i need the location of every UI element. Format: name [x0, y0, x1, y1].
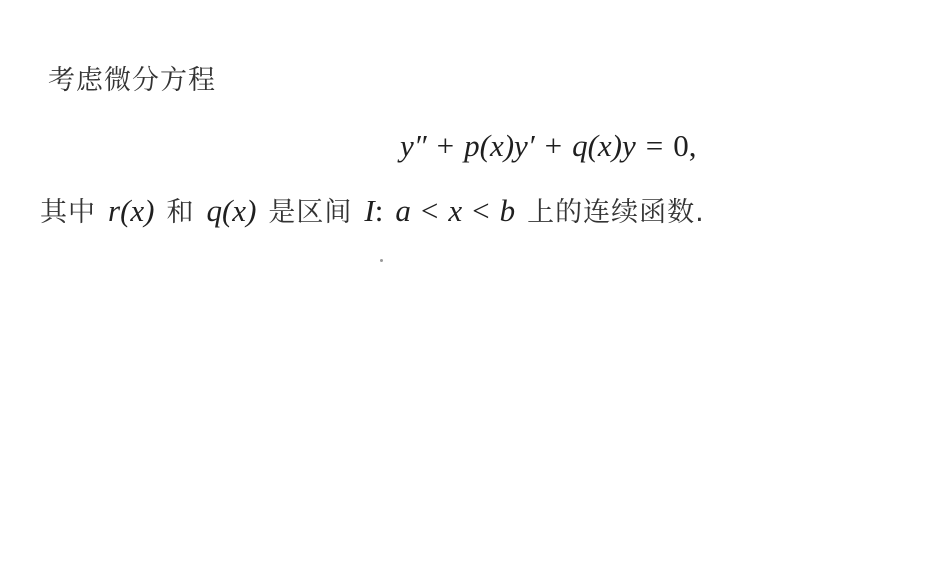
equation-term-y-double-prime: y″ — [400, 128, 427, 163]
function-r: r(x) — [108, 193, 154, 228]
equation-equals: = — [636, 128, 673, 163]
interval-x: x — [448, 193, 462, 228]
equation-plus-2: + — [535, 128, 572, 163]
differential-equation: y″+p(x)y′+q(x)y=0, — [400, 128, 697, 164]
less-than-2: < — [462, 193, 499, 228]
intro-text: 考虑微分方程 — [48, 58, 216, 97]
condition-conj: 和 — [166, 197, 194, 228]
interval-b: b — [500, 193, 516, 228]
equation-term-p-y-prime: p(x)y′ — [464, 128, 534, 163]
interval-a: a — [395, 193, 411, 228]
function-q: q(x) — [206, 193, 256, 228]
stray-dot — [380, 259, 383, 262]
interval-colon: : — [375, 193, 384, 228]
condition-lead: 其中 — [40, 197, 96, 228]
equation-plus-1: + — [427, 128, 464, 163]
condition-mid: 是区间 — [268, 197, 352, 228]
condition-sentence: 其中r(x)和q(x)是区间I:a<x<b上的连续函数. — [40, 190, 705, 229]
equation-term-q-y: q(x)y — [572, 128, 636, 163]
interval-name: I — [364, 193, 374, 228]
condition-tail: 上的连续函数. — [527, 197, 705, 228]
equation-rhs: 0, — [673, 128, 696, 163]
less-than-1: < — [411, 193, 448, 228]
